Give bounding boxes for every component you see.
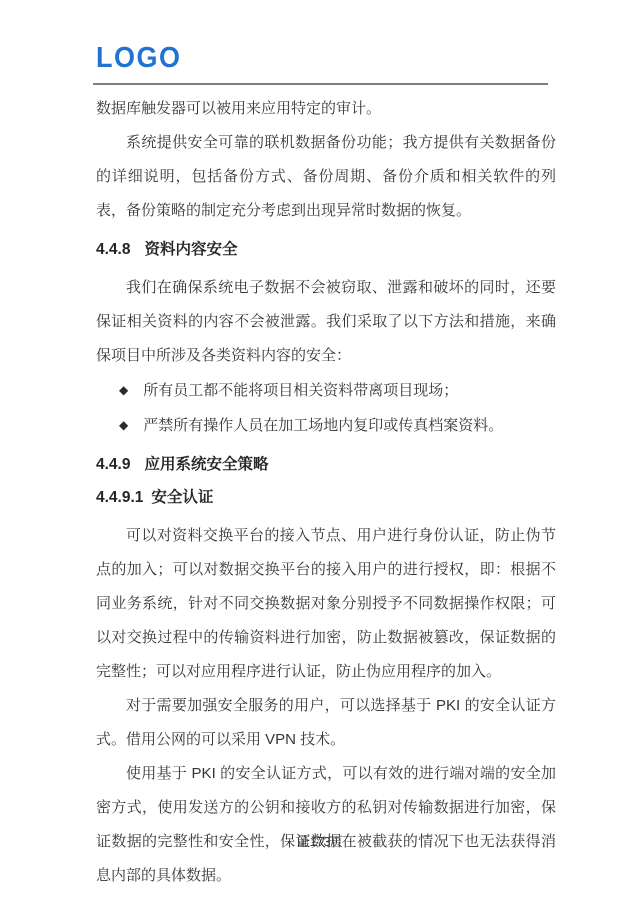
bullet-text: 所有员工都不能将项目相关资料带离项目现场； [143,382,458,399]
diamond-bullet-icon: ◆ [119,408,128,443]
body-paragraph: 数据库触发器可以被用来应用特定的审计。 [96,92,556,126]
bullet-item: ◆所有员工都不能将项目相关资料带离项目现场； [96,373,556,408]
body-paragraph: 对于需要加强安全服务的用户，可以选择基于 PKI 的安全认证方式。借用公网的可以… [96,689,556,757]
body-paragraph: 系统提供安全可靠的联机数据备份功能；我方提供有关数据备份的详细说明，包括备份方式… [96,126,556,228]
section-number: 4.4.9 [96,456,130,473]
bullet-item: ◆严禁所有操作人员在加工场地内复印或传真档案资料。 [96,408,556,443]
section-title: 应用系统安全策略 [144,456,268,473]
bullet-text: 严禁所有操作人员在加工场地内复印或传真档案资料。 [143,417,503,434]
body-paragraph: 使用基于 PKI 的安全认证方式，可以有效的进行端对端的安全加密方式，使用发送方… [96,757,556,893]
section-number: 4.4.8 [96,241,130,258]
header-divider [93,83,548,85]
section-heading: 4.4.8资料内容安全 [96,239,556,261]
section-heading: 4.4.9应用系统安全策略 [96,454,556,476]
section-title: 资料内容安全 [144,241,237,258]
diamond-bullet-icon: ◆ [119,373,128,408]
company-logo: LOGO [96,42,556,74]
body-paragraph: 可以对资料交换平台的接入节点、用户进行身份认证，防止伪节点的加入；可以对数据交换… [96,519,556,689]
section-number: 4.4.9.1 [96,489,143,506]
document-page: LOGO 数据库触发器可以被用来应用特定的审计。 系统提供安全可靠的联机数据备份… [0,0,640,906]
section-title: 安全认证 [151,489,213,506]
page-number: 第173页 [0,835,640,849]
document-body: 数据库触发器可以被用来应用特定的审计。 系统提供安全可靠的联机数据备份功能；我方… [96,92,556,893]
body-paragraph: 我们在确保系统电子数据不会被窃取、泄露和破坏的同时，还要保证相关资料的内容不会被… [96,271,556,373]
subsection-heading: 4.4.9.1安全认证 [96,487,556,509]
